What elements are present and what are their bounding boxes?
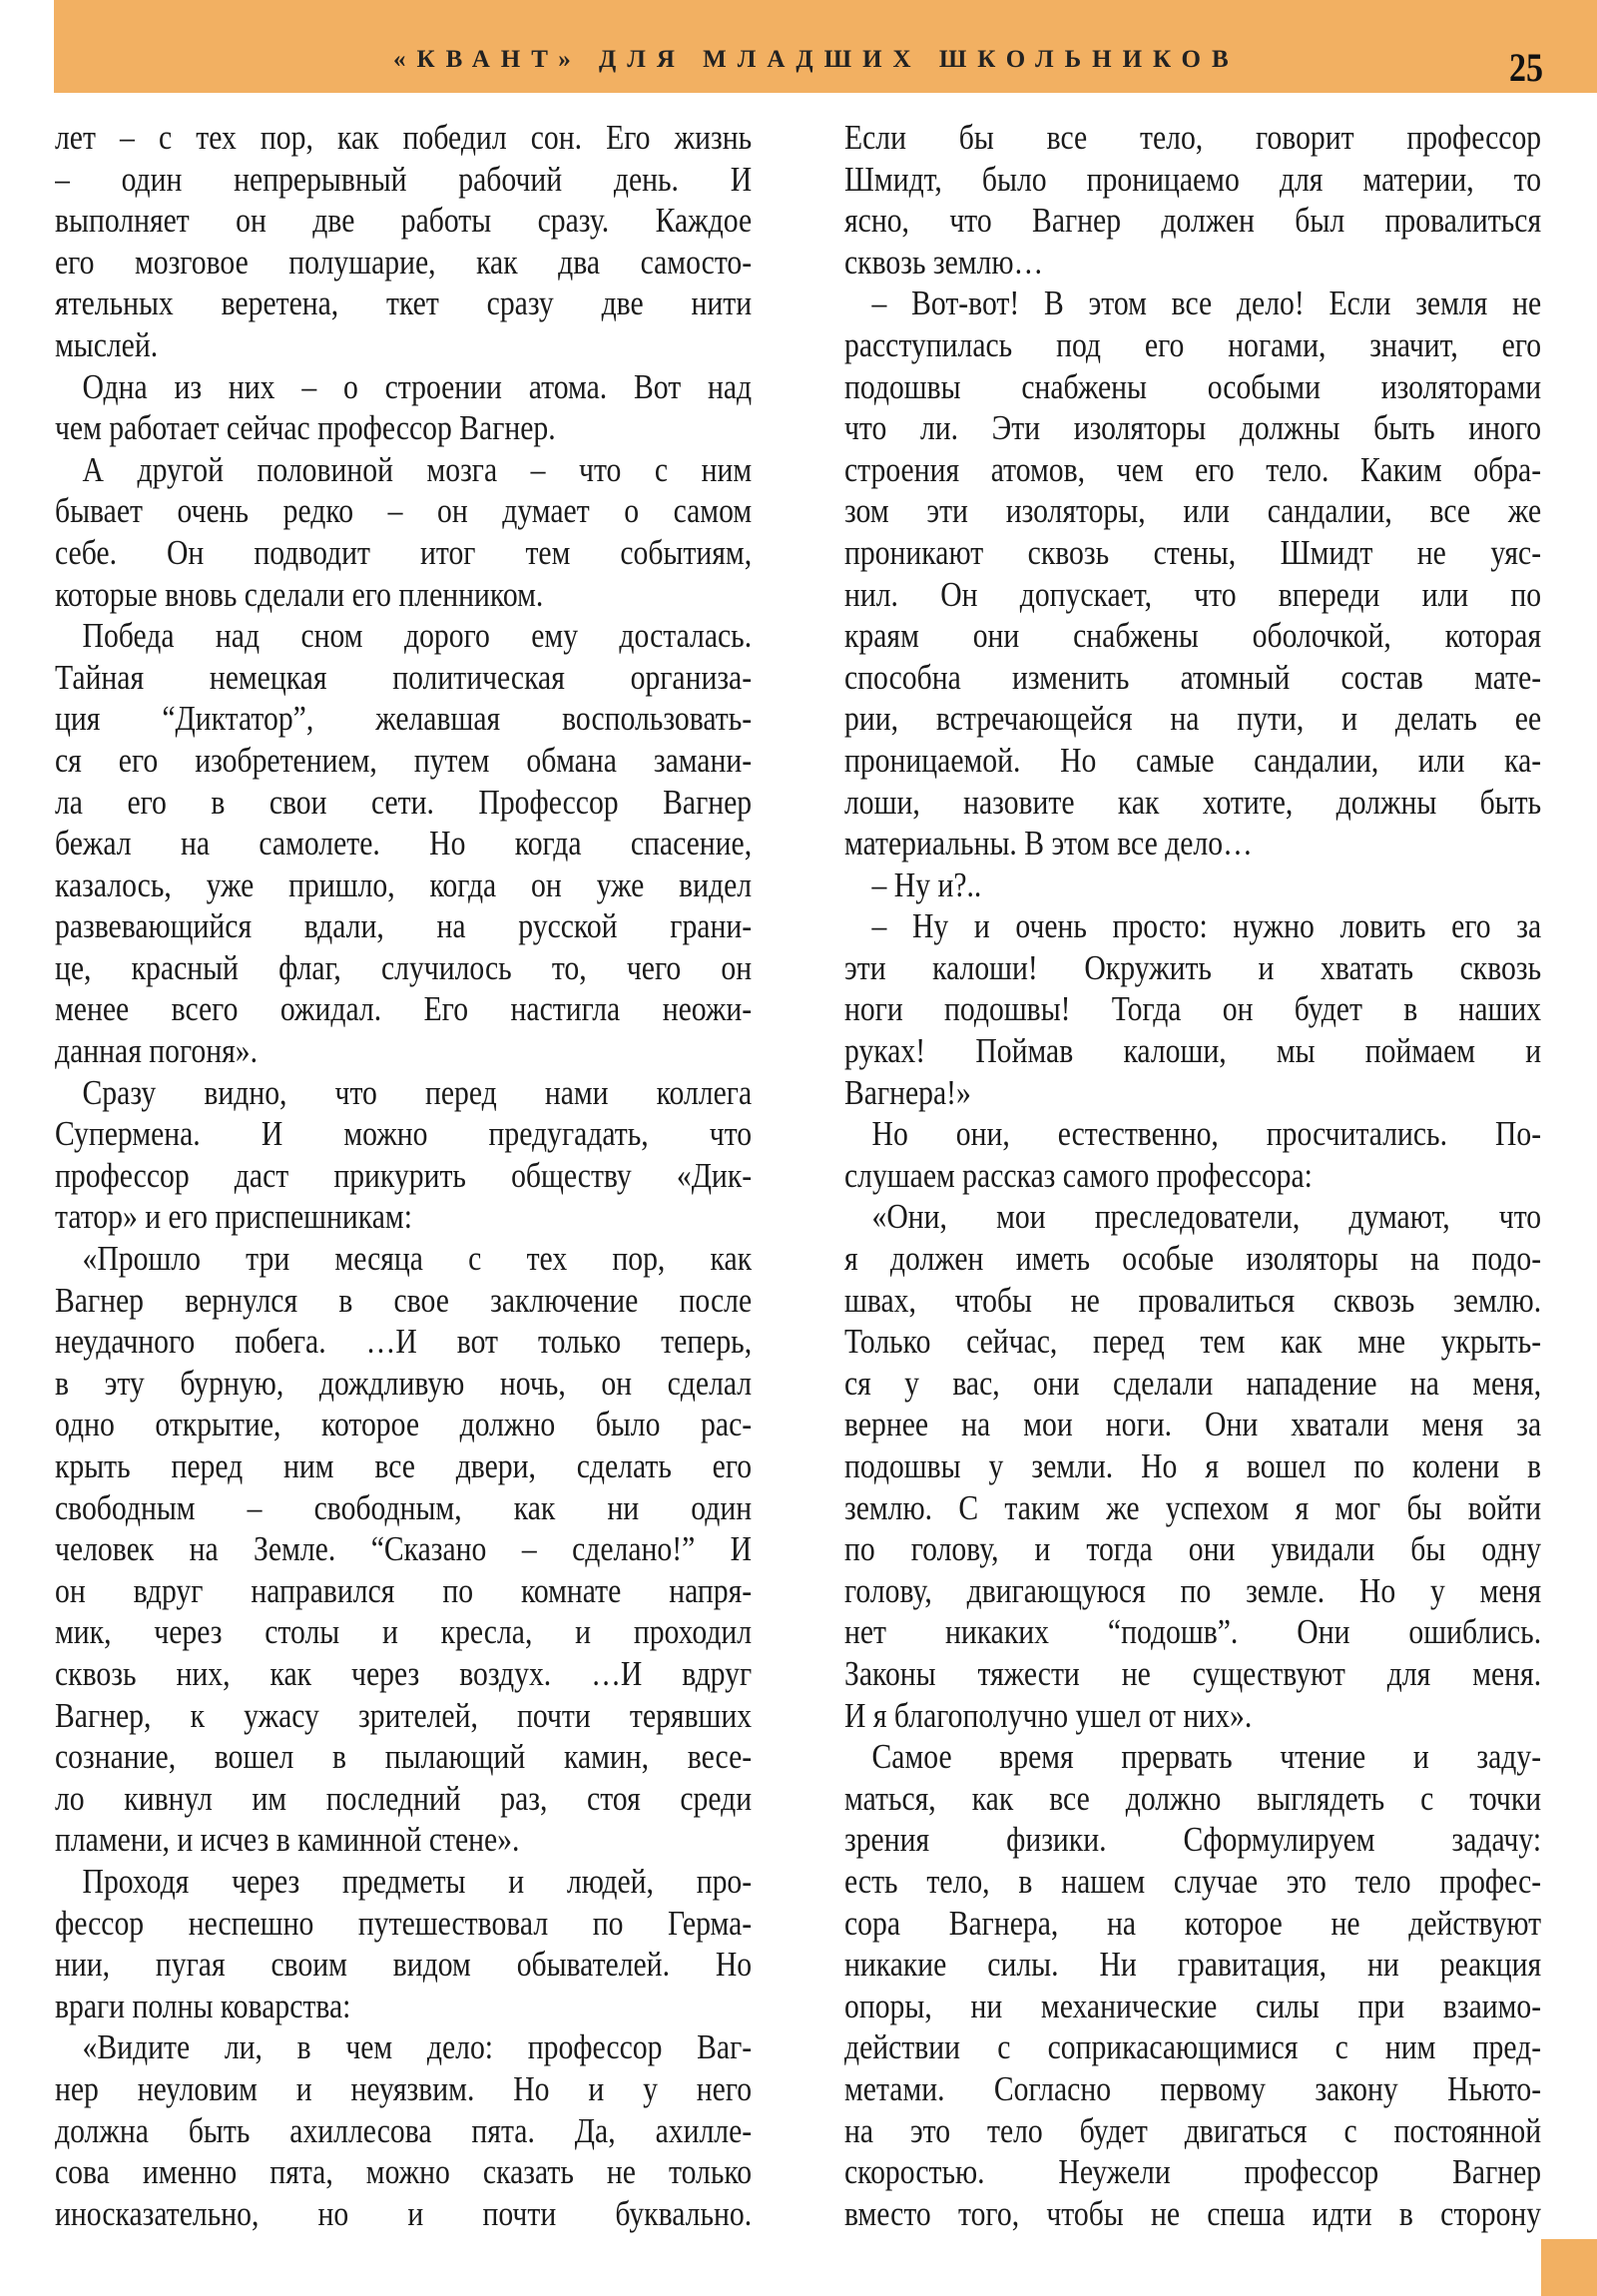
text-line: себе. Он подводит итог тем событиям,: [55, 533, 752, 575]
text-line: ноги подошвы! Тогда он будет в наших: [844, 989, 1541, 1031]
text-line: способна изменить атомный состав мате-: [844, 658, 1541, 700]
text-line: должна быть ахиллесова пята. Да, ахилле-: [55, 2111, 752, 2153]
text-line: «Они, мои преследователи, думают, что: [844, 1197, 1541, 1239]
text-line: проникают сквозь стены, Шмидт не уяс-: [844, 533, 1541, 575]
text-line: зрения физики. Сформулируем задачу:: [844, 1820, 1541, 1862]
text-line: нет никаких “подошв”. Они ошиблись.: [844, 1612, 1541, 1654]
text-line: скоростью. Неужели профессор Вагнер: [844, 2152, 1541, 2194]
text-line: расступилась под его ногами, значит, его: [844, 325, 1541, 367]
text-line: Если бы все тело, говорит профессор: [844, 118, 1541, 160]
text-line: А другой половиной мозга – что с ним: [55, 450, 752, 492]
text-line: Сразу видно, что перед нами коллега: [55, 1073, 752, 1115]
text-line: опоры, ни механические силы при взаимо-: [844, 1987, 1541, 2028]
text-line: метами. Согласно первому закону Ньюто-: [844, 2069, 1541, 2111]
text-line: его мозговое полушарие, как два самосто-: [55, 243, 752, 285]
text-line: сора Вагнера, на которое не действуют: [844, 1904, 1541, 1946]
text-line: И я благополучно ушел от них».: [844, 1696, 1541, 1738]
text-line: сознание, вошел в пылающий камин, весе-: [55, 1737, 752, 1779]
text-line: есть тело, в нашем случае это тело профе…: [844, 1862, 1541, 1904]
text-line: враги полны коварства:: [55, 1987, 752, 2028]
text-line: слушаем рассказ самого профессора:: [844, 1156, 1541, 1198]
text-line: Самое время прервать чтение и заду-: [844, 1737, 1541, 1779]
text-line: лет – с тех пор, как победил сон. Его жи…: [55, 118, 752, 160]
text-line: ятельных веретена, ткет сразу две нити: [55, 284, 752, 325]
running-header: «КВАНТ» ДЛЯ МЛАДШИХ ШКОЛЬНИКОВ 25: [54, 0, 1597, 93]
text-line: никакие силы. Ни гравитация, ни реакция: [844, 1945, 1541, 1987]
text-line: мыслей.: [55, 325, 752, 367]
text-line: человек на Земле. “Сказано – сделано!” И: [55, 1529, 752, 1571]
text-line: це, красный флаг, случилось то, чего он: [55, 948, 752, 990]
text-line: казалось, уже пришло, когда он уже видел: [55, 865, 752, 907]
text-line: «Прошло три месяца с тех пор, как: [55, 1239, 752, 1281]
text-line: строения атомов, чем его тело. Каким обр…: [844, 450, 1541, 492]
text-line: вместо того, чтобы не спеша идти в сторо…: [844, 2194, 1541, 2236]
text-line: менее всего ожидал. Его настигла неожи-: [55, 989, 752, 1031]
right-text-column: Если бы все тело, говорит профессорШмидт…: [844, 118, 1541, 2235]
text-line: краям они снабжены оболочкой, которая: [844, 616, 1541, 658]
text-line: профессор даст прикурить обществу «Дик-: [55, 1156, 752, 1198]
text-line: он вдруг направился по комнате напря-: [55, 1571, 752, 1613]
text-line: Шмидт, было проницаемо для материи, то: [844, 160, 1541, 202]
text-line: – Ну и очень просто: нужно ловить его за: [844, 906, 1541, 948]
text-line: бежал на самолете. Но когда спасение,: [55, 824, 752, 865]
text-line: Но они, естественно, просчитались. По-: [844, 1114, 1541, 1156]
text-line: материальны. В этом все дело…: [844, 824, 1541, 865]
text-line: в эту бурную, дождливую ночь, он сделал: [55, 1364, 752, 1406]
text-line: зом эти изоляторы, или сандалии, все же: [844, 491, 1541, 533]
text-line: руках! Поймав калоши, мы поймаем и: [844, 1031, 1541, 1073]
text-line: ла его в свои сети. Профессор Вагнер: [55, 783, 752, 825]
text-line: подошвы у земли. Но я вошел по колени в: [844, 1446, 1541, 1488]
text-line: Одна из них – о строении атома. Вот над: [55, 367, 752, 409]
text-line: Только сейчас, перед тем как мне укрыть-: [844, 1322, 1541, 1364]
text-line: швах, чтобы не провалиться сквозь землю.: [844, 1281, 1541, 1323]
text-line: неудачного побега. …И вот только теперь,: [55, 1322, 752, 1364]
text-line: чем работает сейчас профессор Вагнер.: [55, 408, 752, 450]
text-line: свободным – свободным, как ни один: [55, 1488, 752, 1530]
text-line: Победа над сном дорого ему досталась.: [55, 616, 752, 658]
text-line: эти калоши! Окружить и хватать сквозь: [844, 948, 1541, 990]
text-line: ло кивнул им последний раз, стоя среди: [55, 1779, 752, 1821]
text-line: я должен иметь особые изоляторы на подо-: [844, 1239, 1541, 1281]
text-line: ся у вас, они сделали нападение на меня,: [844, 1364, 1541, 1406]
text-line: Законы тяжести не существуют для меня.: [844, 1654, 1541, 1696]
text-line: фессор неспешно путешествовал по Герма-: [55, 1904, 752, 1946]
text-line: сова именно пята, можно сказать не тольк…: [55, 2152, 752, 2194]
text-line: что ли. Эти изоляторы должны быть иного: [844, 408, 1541, 450]
text-line: Проходя через предметы и людей, про-: [55, 1862, 752, 1904]
text-line: Вагнер, к ужасу зрителей, почти терявших: [55, 1696, 752, 1738]
text-line: мик, через столы и кресла, и проходил: [55, 1612, 752, 1654]
text-line: сквозь землю…: [844, 243, 1541, 285]
text-line: иносказательно, но и почти буквально.: [55, 2194, 752, 2236]
text-line: проницаемой. Но самые сандалии, или ка-: [844, 741, 1541, 783]
text-line: крыть перед ним все двери, сделать его: [55, 1446, 752, 1488]
text-line: Супермена. И можно предугадать, что: [55, 1114, 752, 1156]
text-line: Вагнер вернулся в свое заключение после: [55, 1281, 752, 1323]
text-line: бывает очень редко – он думает о самом: [55, 491, 752, 533]
text-line: землю. С таким же успехом я мог бы войти: [844, 1488, 1541, 1530]
text-line: ясно, что Вагнер должен был провалиться: [844, 201, 1541, 243]
text-line: на это тело будет двигаться с постоянной: [844, 2111, 1541, 2153]
text-line: выполняет он две работы сразу. Каждое: [55, 201, 752, 243]
text-line: «Видите ли, в чем дело: профессор Ваг-: [55, 2027, 752, 2069]
text-line: нил. Он допускает, что впереди или по: [844, 575, 1541, 617]
text-line: подошвы снабжены особыми изоляторами: [844, 367, 1541, 409]
text-line: развевающийся вдали, на русской грани-: [55, 906, 752, 948]
text-line: сквозь них, как через воздух. …И вдруг: [55, 1654, 752, 1696]
text-line: нии, пугая своим видом обывателей. Но: [55, 1945, 752, 1987]
text-line: – один непрерывный рабочий день. И: [55, 160, 752, 202]
text-line: ся его изобретением, путем обмана замани…: [55, 741, 752, 783]
text-line: одно открытие, которое должно было рас-: [55, 1405, 752, 1446]
text-line: – Вот-вот! В этом все дело! Если земля н…: [844, 284, 1541, 325]
text-line: голову, двигающуюся по земле. Но у меня: [844, 1571, 1541, 1613]
text-line: данная погоня».: [55, 1031, 752, 1073]
text-line: Тайная немецкая политическая организа-: [55, 658, 752, 700]
text-line: – Ну и?..: [844, 865, 1541, 907]
left-text-column: лет – с тех пор, как победил сон. Его жи…: [55, 118, 752, 2235]
text-line: действии с соприкасающимися с ним пред-: [844, 2027, 1541, 2069]
text-line: нер неуловим и неуязвим. Но и у него: [55, 2069, 752, 2111]
text-line: лоши, назовите как хотите, должны быть: [844, 783, 1541, 825]
text-line: Вагнера!»: [844, 1073, 1541, 1115]
text-line: рии, встречающейся на пути, и делать ее: [844, 699, 1541, 741]
text-line: ция “Диктатор”, желавшая воспользовать-: [55, 699, 752, 741]
text-line: вернее на мои ноги. Они хватали меня за: [844, 1405, 1541, 1446]
text-line: пламени, и исчез в каминной стене».: [55, 1820, 752, 1862]
text-line: по голову, и тогда они увидали бы одну: [844, 1529, 1541, 1571]
page-corner-tab: [1541, 2239, 1597, 2296]
text-line: татор» и его приспешникам:: [55, 1197, 752, 1239]
text-line: которые вновь сделали его пленником.: [55, 575, 752, 617]
text-line: маться, как все должно выглядеть с точки: [844, 1779, 1541, 1821]
page-number: 25: [1509, 44, 1543, 91]
journal-section-title: «КВАНТ» ДЛЯ МЛАДШИХ ШКОЛЬНИКОВ: [393, 46, 1240, 74]
